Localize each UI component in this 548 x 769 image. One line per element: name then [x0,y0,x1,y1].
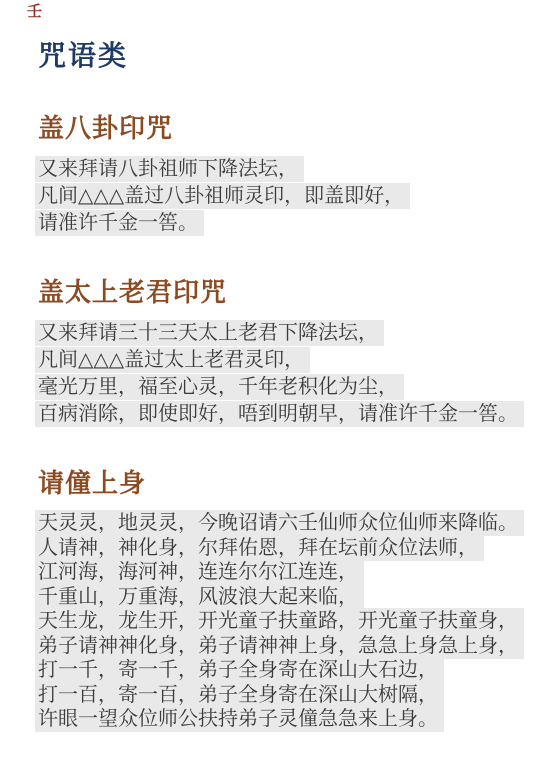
highlighted-text: 又来拜请三十三天太上老君下降法坛， [35,320,384,346]
section-heading: 盖太上老君印咒 [38,278,520,308]
section-body: 天灵灵，地灵灵，今晚诏请六壬仙师众位仙师来降临。 人请神，神化身，尔拜佑恩，拜在… [35,511,520,732]
text-line: 打一千，寄一千，弟子全身寄在深山大石边， [35,658,520,683]
highlighted-text: 人请神，神化身，尔拜佑恩，拜在坛前众位法师， [35,535,484,561]
corner-seal-mark: 壬 [27,4,42,21]
highlighted-text: 弟子请神神化身，弟子请神神上身，急急上身急上身， [35,633,524,659]
text-line: 毫光万里，福至心灵，千年老积化为尘， [35,374,520,401]
highlighted-text: 打一百，寄一百，弟子全身寄在深山大树隔， [35,682,444,708]
text-line: 弟子请神神化身，弟子请神神上身，急急上身急上身， [35,634,520,659]
highlighted-text: 许眼一望众位师公扶持弟子灵僮急急来上身。 [35,706,444,732]
highlighted-text: 凡间△△△盖过八卦祖师灵印，即盖即好， [35,183,410,209]
highlighted-text: 凡间△△△盖过太上老君灵印， [35,347,310,373]
section-body: 又来拜请八卦祖师下降法坛， 凡间△△△盖过八卦祖师灵印，即盖即好， 请准许千金一… [35,156,520,237]
text-line: 许眼一望众位师公扶持弟子灵僮急急来上身。 [35,707,520,732]
text-line: 天灵灵，地灵灵，今晚诏请六壬仙师众位仙师来降临。 [35,511,520,536]
highlighted-text: 百病消除，即使即好，唔到明朝早，请准许千金一筶。 [35,401,524,427]
text-line: 又来拜请八卦祖师下降法坛， [35,156,520,183]
highlighted-text: 又来拜请八卦祖师下降法坛， [35,156,304,182]
text-line: 打一百，寄一百，弟子全身寄在深山大树隔， [35,683,520,708]
highlighted-text: 请准许千金一筶。 [35,210,204,236]
section-qing-tong-shangshen: 请僮上身 天灵灵，地灵灵，今晚诏请六壬仙师众位仙师来降临。 人请神，神化身，尔拜… [38,469,520,732]
section-body: 又来拜请三十三天太上老君下降法坛， 凡间△△△盖过太上老君灵印， 毫光万里，福至… [35,320,520,428]
text-line: 凡间△△△盖过八卦祖师灵印，即盖即好， [35,183,520,210]
text-line: 江河海，海河神，连连尔尔江连连， [35,560,520,585]
page-title: 咒语类 [38,0,520,73]
text-line: 人请神，神化身，尔拜佑恩，拜在坛前众位法师， [35,536,520,561]
text-line: 又来拜请三十三天太上老君下降法坛， [35,320,520,347]
highlighted-text: 天生龙，龙生开，开光童子扶童路，开光童子扶童身， [35,608,524,634]
section-gai-taishanglaojun: 盖太上老君印咒 又来拜请三十三天太上老君下降法坛， 凡间△△△盖过太上老君灵印，… [38,278,520,428]
highlighted-text: 千重山，万重海，风波浪大起来临， [35,584,364,610]
text-line: 百病消除，即使即好，唔到明朝早，请准许千金一筶。 [35,401,520,428]
highlighted-text: 天灵灵，地灵灵，今晚诏请六壬仙师众位仙师来降临。 [35,510,524,536]
document-page: 壬 咒语类 盖八卦印咒 又来拜请八卦祖师下降法坛， 凡间△△△盖过八卦祖师灵印，… [0,0,548,769]
text-line: 凡间△△△盖过太上老君灵印， [35,347,520,374]
section-heading: 请僮上身 [38,469,520,499]
text-line: 天生龙，龙生开，开光童子扶童路，开光童子扶童身， [35,609,520,634]
text-line: 请准许千金一筶。 [35,210,520,237]
section-gai-bagua: 盖八卦印咒 又来拜请八卦祖师下降法坛， 凡间△△△盖过八卦祖师灵印，即盖即好， … [38,114,520,237]
highlighted-text: 江河海，海河神，连连尔尔江连连， [35,559,364,585]
text-line: 千重山，万重海，风波浪大起来临， [35,585,520,610]
highlighted-text: 毫光万里，福至心灵，千年老积化为尘， [35,374,404,400]
section-heading: 盖八卦印咒 [38,114,520,144]
highlighted-text: 打一千，寄一千，弟子全身寄在深山大石边， [35,657,444,683]
